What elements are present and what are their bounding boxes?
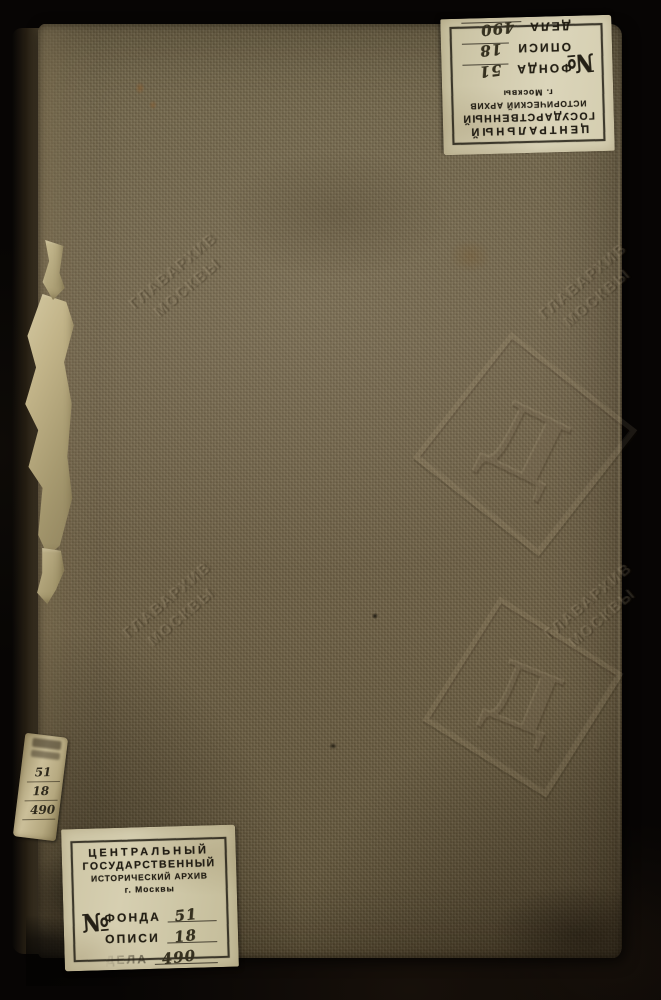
field-row-opis: ОПИСИ 18 xyxy=(460,38,572,62)
watermark-line2: МОСКВЫ xyxy=(151,255,224,321)
photo-stage: ГЛАВАРХИВ МОСКВЫ ГЛАВАРХИВ МОСКВЫ ГЛАВАР… xyxy=(0,0,661,1000)
watermark-glavarkhiv: ГЛАВАРХИВ МОСКВЫ xyxy=(110,215,253,345)
field-label: ДЕЛА xyxy=(106,952,149,969)
watermark-line1: ГЛАВАРХИВ xyxy=(120,558,215,641)
watermark-glavarkhiv: ГЛАВАРХИВ МОСКВЫ xyxy=(525,545,661,675)
field-line: 51 xyxy=(168,904,217,922)
handwritten-delo-number: 490 xyxy=(161,946,197,968)
spine-delo-number: 490 xyxy=(22,801,55,821)
field-label: ФОНДА xyxy=(515,59,572,76)
field-line: 490 xyxy=(155,946,218,965)
handwritten-fond-number: 51 xyxy=(174,905,199,926)
institution-line: ЦЕНТРАЛЬНЫЙ xyxy=(454,122,603,138)
archive-logo-watermark: Д xyxy=(422,596,623,797)
watermark-line1: ГЛАВАРХИВ xyxy=(536,239,631,322)
watermark-line2: МОСКВЫ xyxy=(145,584,218,650)
spine-label-values: 51 18 490 xyxy=(21,761,61,822)
archive-label-top: ЦЕНТРАЛЬНЫЙ ГОСУДАРСТВЕННЫЙ ИСТОРИЧЕСКИЙ… xyxy=(440,15,615,155)
spine-stamp-smudge xyxy=(31,750,61,760)
watermark-line1: ГЛАВАРХИВ xyxy=(126,229,221,312)
watermark-line2: МОСКВЫ xyxy=(561,265,634,331)
field-line: 18 xyxy=(462,42,510,60)
watermark-line1: ГЛАВАРХИВ xyxy=(541,559,636,642)
stamp-border: ЦЕНТРАЛЬНЫЙ ГОСУДАРСТВЕННЫЙ ИСТОРИЧЕСКИЙ… xyxy=(449,23,605,145)
field-line: 51 xyxy=(462,64,508,82)
field-label: ФОНДА xyxy=(104,910,161,928)
spine-stamp-smudge xyxy=(32,738,62,750)
archive-logo-letter-icon: Д xyxy=(470,637,576,757)
handwritten-opis-number: 18 xyxy=(478,40,503,60)
handwritten-fond-number: 51 xyxy=(477,61,502,81)
label-fields: ФОНДА 51 ОПИСИ 18 ДЕЛА 490 xyxy=(459,17,572,83)
archive-logo-letter-icon: Д xyxy=(465,378,586,511)
field-label: ОПИСИ xyxy=(516,38,571,55)
field-row-delo: ДЕЛА 490 xyxy=(105,945,220,969)
book-cover: ГЛАВАРХИВ МОСКВЫ ГЛАВАРХИВ МОСКВЫ ГЛАВАР… xyxy=(38,24,622,958)
institution-city: г. Москвы xyxy=(74,882,226,896)
field-line: 18 xyxy=(167,925,218,943)
label-fields: ФОНДА 51 ОПИСИ 18 ДЕЛА 490 xyxy=(104,903,220,969)
watermark-glavarkhiv: ГЛАВАРХИВ МОСКВЫ xyxy=(520,225,661,355)
handwritten-opis-number: 18 xyxy=(173,926,198,947)
field-label: ОПИСИ xyxy=(105,931,160,949)
field-row-delo: ДЕЛА 490 xyxy=(459,17,571,41)
spine-opis-number: 18 xyxy=(24,782,57,802)
spine-fond-number: 51 xyxy=(27,763,60,783)
watermark-glavarkhiv: ГЛАВАРХИВ МОСКВЫ xyxy=(104,544,247,674)
archive-logo-watermark: Д xyxy=(413,332,638,557)
field-label: ДЕЛА xyxy=(528,17,571,34)
stamp-border: ЦЕНТРАЛЬНЫЙ ГОСУДАРСТВЕННЫЙ ИСТОРИЧЕСКИЙ… xyxy=(70,837,229,962)
field-row-fond: ФОНДА 51 xyxy=(460,59,572,83)
archive-label-bottom: ЦЕНТРАЛЬНЫЙ ГОСУДАРСТВЕННЫЙ ИСТОРИЧЕСКИЙ… xyxy=(61,825,239,972)
field-line: 490 xyxy=(461,21,521,40)
watermark-line2: МОСКВЫ xyxy=(566,585,639,651)
handwritten-delo-number: 490 xyxy=(479,18,515,40)
